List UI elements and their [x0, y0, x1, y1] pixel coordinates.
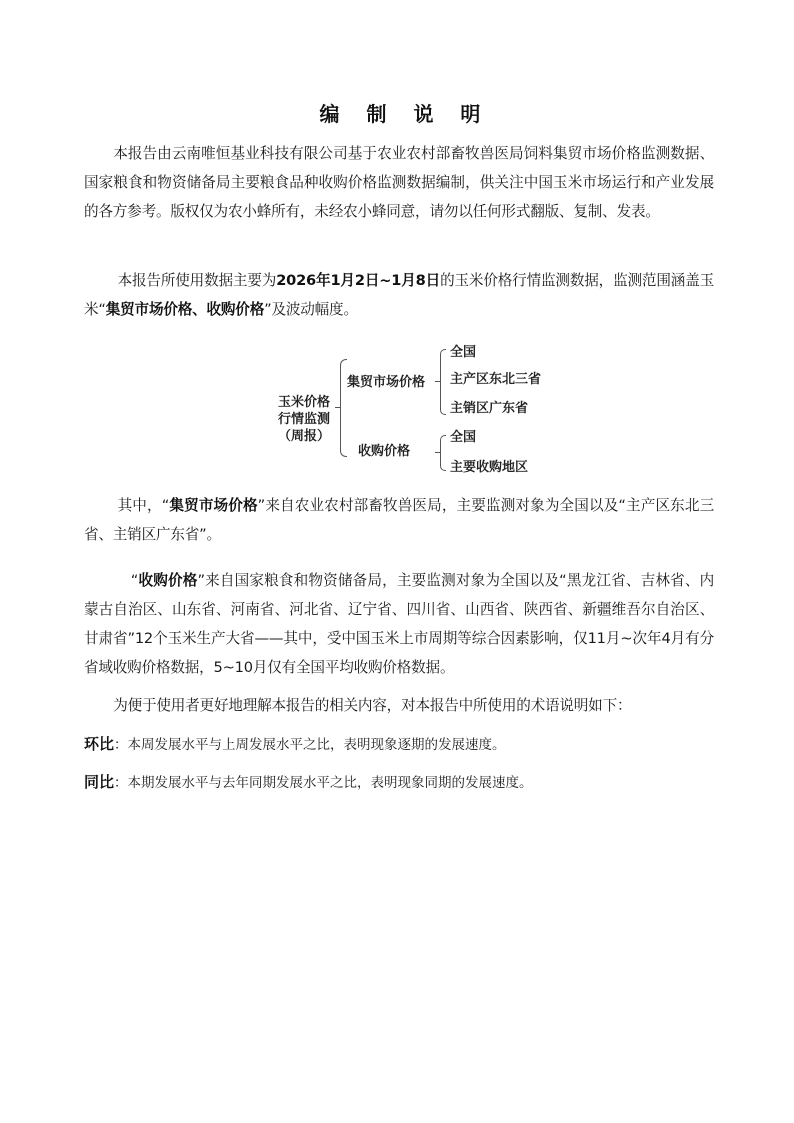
term-text: 本周发展水平与上周发展水平之比，表明现象逐期的发展速度。 [128, 737, 506, 753]
term-label: 同比 [84, 773, 114, 791]
purchase-price-paragraph: “收购价格”来自国家粮食和物资储备局，主要监测对象为全国以及“黑龙江省、吉林省、… [84, 566, 714, 682]
data-scope-paragraph: 本报告所使用数据主要为2026年1月2日~1月8日的玉米价格行情监测数据，监测范… [84, 266, 714, 324]
diagram-root-line: 行情监测 [274, 411, 334, 428]
monitoring-structure-diagram: 玉米价格 行情监测 （周报） 集贸市场价格 收购价格 全国 主产区东北三省 主销… [252, 332, 648, 484]
document-page: 编 制 说 明 本报告由云南唯恒基业科技有限公司基于农业农村部畜牧兽医局饲料集贸… [0, 0, 794, 1123]
diagram-branch-market: 集贸市场价格 [347, 374, 425, 391]
purchase-price-prefix: “ [131, 572, 138, 589]
diagram-root: 玉米价格 行情监测 （周报） [274, 394, 334, 445]
market-price-paragraph: 其中，“集贸市场价格”来自农业农村部畜牧兽医局，主要监测对象为全国以及“主产区东… [84, 491, 714, 549]
data-scope-prefix: 本报告所使用数据主要为 [118, 272, 277, 289]
term-definition: 同比：本期发展水平与去年同期发展水平之比，表明现象同期的发展速度。 [84, 772, 714, 793]
terms-intro-paragraph: 为便于使用者更好地理解本报告的相关内容，对本报告中所使用的术语说明如下： [84, 691, 714, 720]
diagram-leaf: 主要收购地区 [450, 459, 528, 476]
diagram-leaf: 主产区东北三省 [450, 371, 541, 388]
date-range: 2026年1月2日~1月8日 [276, 272, 440, 289]
term-text: 本期发展水平与去年同期发展水平之比，表明现象同期的发展速度。 [128, 775, 533, 791]
root-brace-tip [335, 407, 340, 408]
diagram-leaf: 全国 [450, 429, 476, 446]
diagram-branch-purchase: 收购价格 [358, 443, 410, 460]
term-separator: ： [114, 737, 128, 753]
market-brace-tip [435, 381, 440, 382]
market-price-prefix: 其中，“ [118, 497, 170, 514]
term-separator: ： [114, 775, 128, 791]
purchase-price-bold: 收购价格 [138, 572, 197, 589]
diagram-root-line: 玉米价格 [274, 394, 334, 411]
diagram-leaf: 主销区广东省 [450, 400, 528, 417]
purchase-brace [440, 435, 446, 471]
purchase-brace-tip [435, 452, 440, 453]
market-price-bold: 集贸市场价格 [169, 497, 258, 514]
diagram-leaf: 全国 [450, 344, 476, 361]
page-title: 编 制 说 明 [0, 98, 794, 127]
data-scope-suffix: ”及波动幅度。 [264, 301, 358, 318]
market-brace [440, 349, 446, 415]
term-label: 环比 [84, 735, 114, 753]
diagram-root-line: （周报） [274, 428, 334, 445]
intro-paragraph: 本报告由云南唯恒基业科技有限公司基于农业农村部畜牧兽医局饲料集贸市场价格监测数据… [84, 139, 714, 226]
root-brace [340, 359, 347, 457]
term-definition: 环比：本周发展水平与上周发展水平之比，表明现象逐期的发展速度。 [84, 734, 714, 755]
scope-bold: 集贸市场价格、收购价格 [106, 301, 264, 318]
